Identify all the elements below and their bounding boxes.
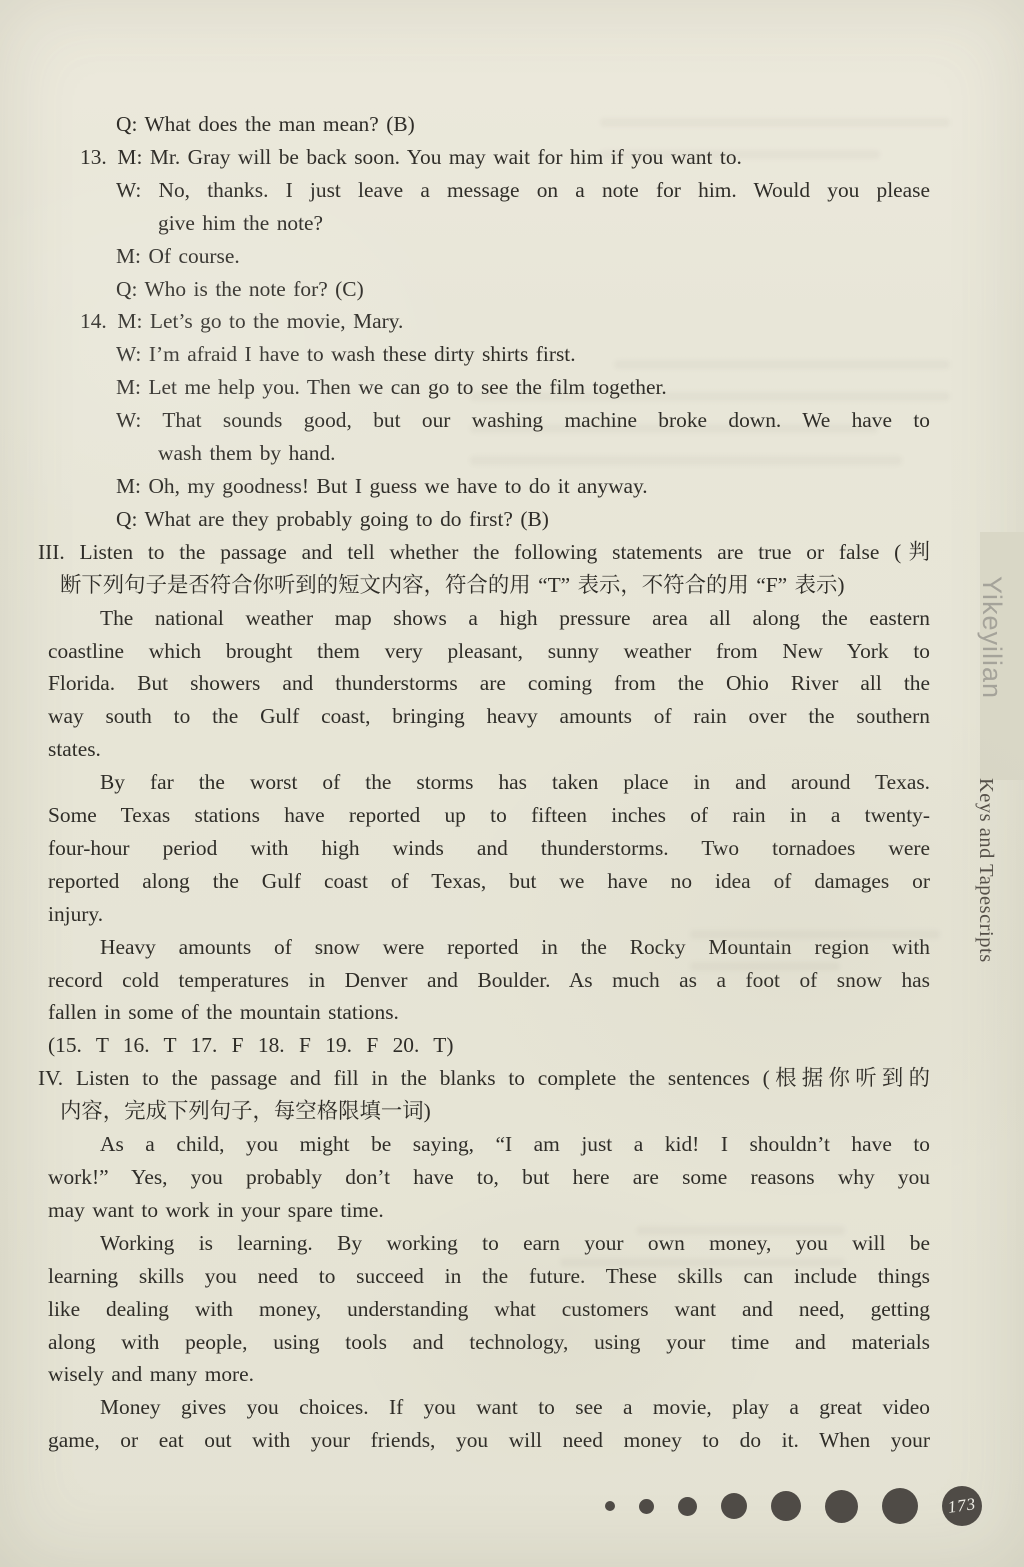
dialogue-line: M: Of course. bbox=[116, 240, 930, 273]
passage-line: Heavy amounts of snow were reported in t… bbox=[100, 931, 930, 964]
section-heading-cn: 内容，完成下列句子，每空格限填一词) bbox=[60, 1095, 930, 1128]
passage-line: wisely and many more. bbox=[48, 1358, 930, 1391]
page-dot bbox=[825, 1490, 858, 1523]
dialogue-line: W: No, thanks. I just leave a message on… bbox=[116, 174, 930, 207]
page-dot bbox=[639, 1499, 654, 1514]
passage-line: coastline which brought them very pleasa… bbox=[48, 635, 930, 668]
passage-line: Some Texas stations have reported up to … bbox=[48, 799, 930, 832]
passage-line: states. bbox=[48, 733, 930, 766]
passage-line: may want to work in your spare time. bbox=[48, 1194, 930, 1227]
dialogue-line: M: Oh, my goodness! But I guess we have … bbox=[116, 470, 930, 503]
passage-line: Money gives you choices. If you want to … bbox=[100, 1391, 930, 1424]
dialogue-line: Q: What are they probably going to do fi… bbox=[116, 503, 930, 536]
section-iv-heading: IV. Listen to the passage and fill in th… bbox=[38, 1062, 930, 1095]
passage-line: Working is learning. By working to earn … bbox=[100, 1227, 930, 1260]
page-number-dot: 173 bbox=[942, 1486, 982, 1526]
dialogue-line: W: I’m afraid I have to wash these dirty… bbox=[116, 338, 930, 371]
dialogue-line: 13. M: Mr. Gray will be back soon. You m… bbox=[80, 141, 930, 174]
section-heading-cn: 断下列句子是否符合你听到的短文内容，符合的用 “T” 表示，不符合的用 “F” … bbox=[60, 569, 930, 602]
page-dot bbox=[771, 1491, 801, 1521]
sidebar-section-title: Keys and Tapescripts bbox=[974, 778, 997, 998]
page-dot bbox=[678, 1497, 697, 1516]
dialogue-line: Q: What does the man mean? (B) bbox=[116, 108, 930, 141]
page-dot bbox=[721, 1493, 747, 1519]
passage-line: game, or eat out with your friends, you … bbox=[48, 1424, 930, 1457]
dialogue-line: W: That sounds good, but our washing mac… bbox=[116, 404, 930, 437]
passage-line: learning skills you need to succeed in t… bbox=[48, 1260, 930, 1293]
tapescript-text: Q: What does the man mean? (B) 13. M: Mr… bbox=[38, 108, 930, 1457]
passage-line: four-hour period with high winds and thu… bbox=[48, 832, 930, 865]
passage-line: record cold temperatures in Denver and B… bbox=[48, 964, 930, 997]
dialogue-line: wash them by hand. bbox=[158, 437, 930, 470]
sidebar-series-title: Yikeyilian bbox=[976, 576, 1007, 736]
page-number: 173 bbox=[939, 1483, 984, 1528]
section-iii-heading: III. Listen to the passage and tell whet… bbox=[38, 536, 930, 569]
dialogue-line: give him the note? bbox=[158, 207, 930, 240]
scanned-page: Q: What does the man mean? (B) 13. M: Mr… bbox=[0, 0, 1024, 1567]
passage-line: Florida. But showers and thunderstorms a… bbox=[48, 667, 930, 700]
passage-line: along with people, using tools and techn… bbox=[48, 1326, 930, 1359]
passage-line: reported along the Gulf coast of Texas, … bbox=[48, 865, 930, 898]
footer-dot-row: 173 bbox=[605, 1485, 982, 1527]
passage-line: way south to the Gulf coast, bringing he… bbox=[48, 700, 930, 733]
passage-line: fallen in some of the mountain stations. bbox=[48, 996, 930, 1029]
dialogue-line: M: Let me help you. Then we can go to se… bbox=[116, 371, 930, 404]
page-dot bbox=[882, 1488, 918, 1524]
dialogue-line: 14. M: Let’s go to the movie, Mary. bbox=[80, 305, 930, 338]
passage-line: The national weather map shows a high pr… bbox=[100, 602, 930, 635]
page-dot bbox=[605, 1501, 615, 1511]
passage-line: As a child, you might be saying, “I am j… bbox=[100, 1128, 930, 1161]
passage-line: work!” Yes, you probably don’t have to, … bbox=[48, 1161, 930, 1194]
dialogue-line: Q: Who is the note for? (C) bbox=[116, 273, 930, 306]
passage-line: like dealing with money, understanding w… bbox=[48, 1293, 930, 1326]
answer-key-line: (15. T 16. T 17. F 18. F 19. F 20. T) bbox=[48, 1029, 930, 1062]
passage-line: injury. bbox=[48, 898, 930, 931]
passage-line: By far the worst of the storms has taken… bbox=[100, 766, 930, 799]
